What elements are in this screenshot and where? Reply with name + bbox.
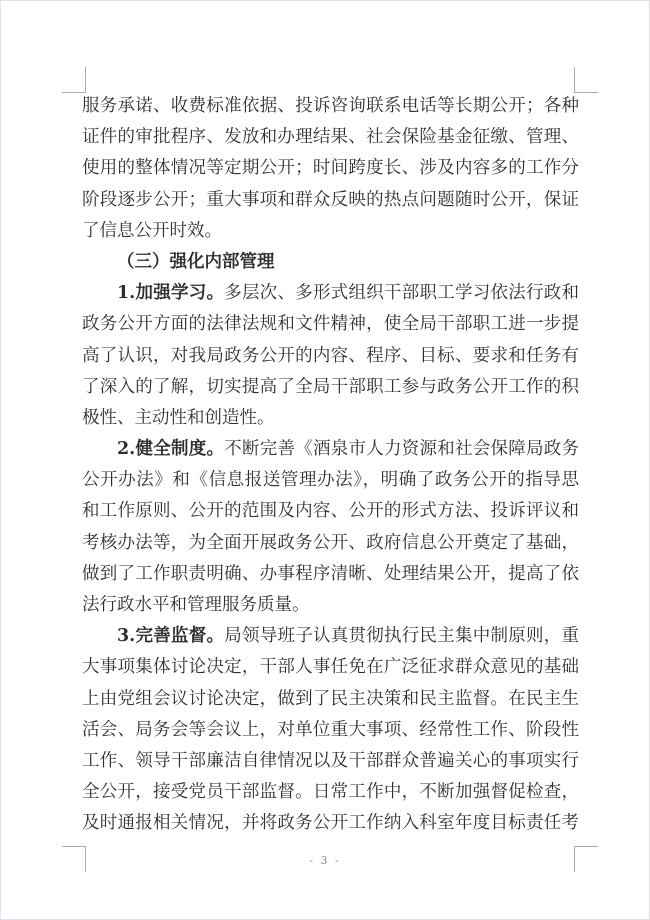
section-heading: （三）强化内部管理 [82,247,579,278]
crop-mark-top-right [574,67,598,93]
text-line: 法行政水平和管理服务质量。 [82,590,579,621]
text-line: 极性、主动性和创造性。 [82,403,579,434]
text-line: 高了认识，对我局政务公开的内容、程序、目标、要求和任务有 [82,341,579,372]
text-line: 公开办法》和《信息报送管理办法》，明确了政务公开的指导思想 [82,465,579,496]
text-line: 上由党组会议讨论决定，做到了民主决策和民主监督。在民主生 [82,684,579,715]
document-body: 服务承诺、收费标准依据、投诉咨询联系电话等长期公开；各种证件的审批程序、发放和办… [82,91,579,840]
text-line: 考核办法等，为全面开展政务公开、政府信息公开奠定了基础， [82,528,579,559]
text-line: 了深入的了解，切实提高了全局干部职工参与政务公开工作的积 [82,372,579,403]
text-line: 做到了工作职责明确、办事程序清晰、处理结果公开，提高了依 [82,559,579,590]
text-line: 政务公开方面的法律法规和文件精神，使全局干部职工进一步提 [82,309,579,340]
paragraph-lead: 2.健全制度。 [117,439,224,459]
text-line: 和工作原则、公开的范围及内容、公开的形式方法、投诉评议和 [82,496,579,527]
paragraph-lead: 1.加强学习。 [117,283,224,303]
crop-mark-top-left [62,67,86,93]
paragraph-lead: 3.完善监督。 [117,626,224,646]
text-line: 服务承诺、收费标准依据、投诉咨询联系电话等长期公开；各种 [82,91,579,122]
document-page: 服务承诺、收费标准依据、投诉咨询联系电话等长期公开；各种证件的审批程序、发放和办… [0,0,650,920]
text-line: 使用的整体情况等定期公开；时间跨度长、涉及内容多的工作分 [82,153,579,184]
page-number: - 3 - [1,854,649,867]
text-line: 活会、局务会等会议上，对单位重大事项、经常性工作、阶段性 [82,715,579,746]
text-line: 证件的审批程序、发放和办理结果、社会保险基金征缴、管理、 [82,122,579,153]
text-line: 及时通报相关情况，并将政务公开工作纳入科室年度目标责任考 [82,808,579,839]
text-line: 了信息公开时效。 [82,216,579,247]
text-line: 工作、领导干部廉洁自律情况以及干部群众普遍关心的事项实行 [82,746,579,777]
text-line: 阶段逐步公开；重大事项和群众反映的热点问题随时公开，保证 [82,185,579,216]
text-line: 全公开，接受党员干部监督。日常工作中，不断加强督促检查， [82,777,579,808]
text-line: 1.加强学习。多层次、多形式组织干部职工学习依法行政和 [82,278,579,309]
text-line: 大事项集体讨论决定，干部人事任免在广泛征求群众意见的基础 [82,652,579,683]
text-line: 2.健全制度。不断完善《酒泉市人力资源和社会保障局政务 [82,434,579,465]
text-line: 3.完善监督。局领导班子认真贯彻执行民主集中制原则，重 [82,621,579,652]
